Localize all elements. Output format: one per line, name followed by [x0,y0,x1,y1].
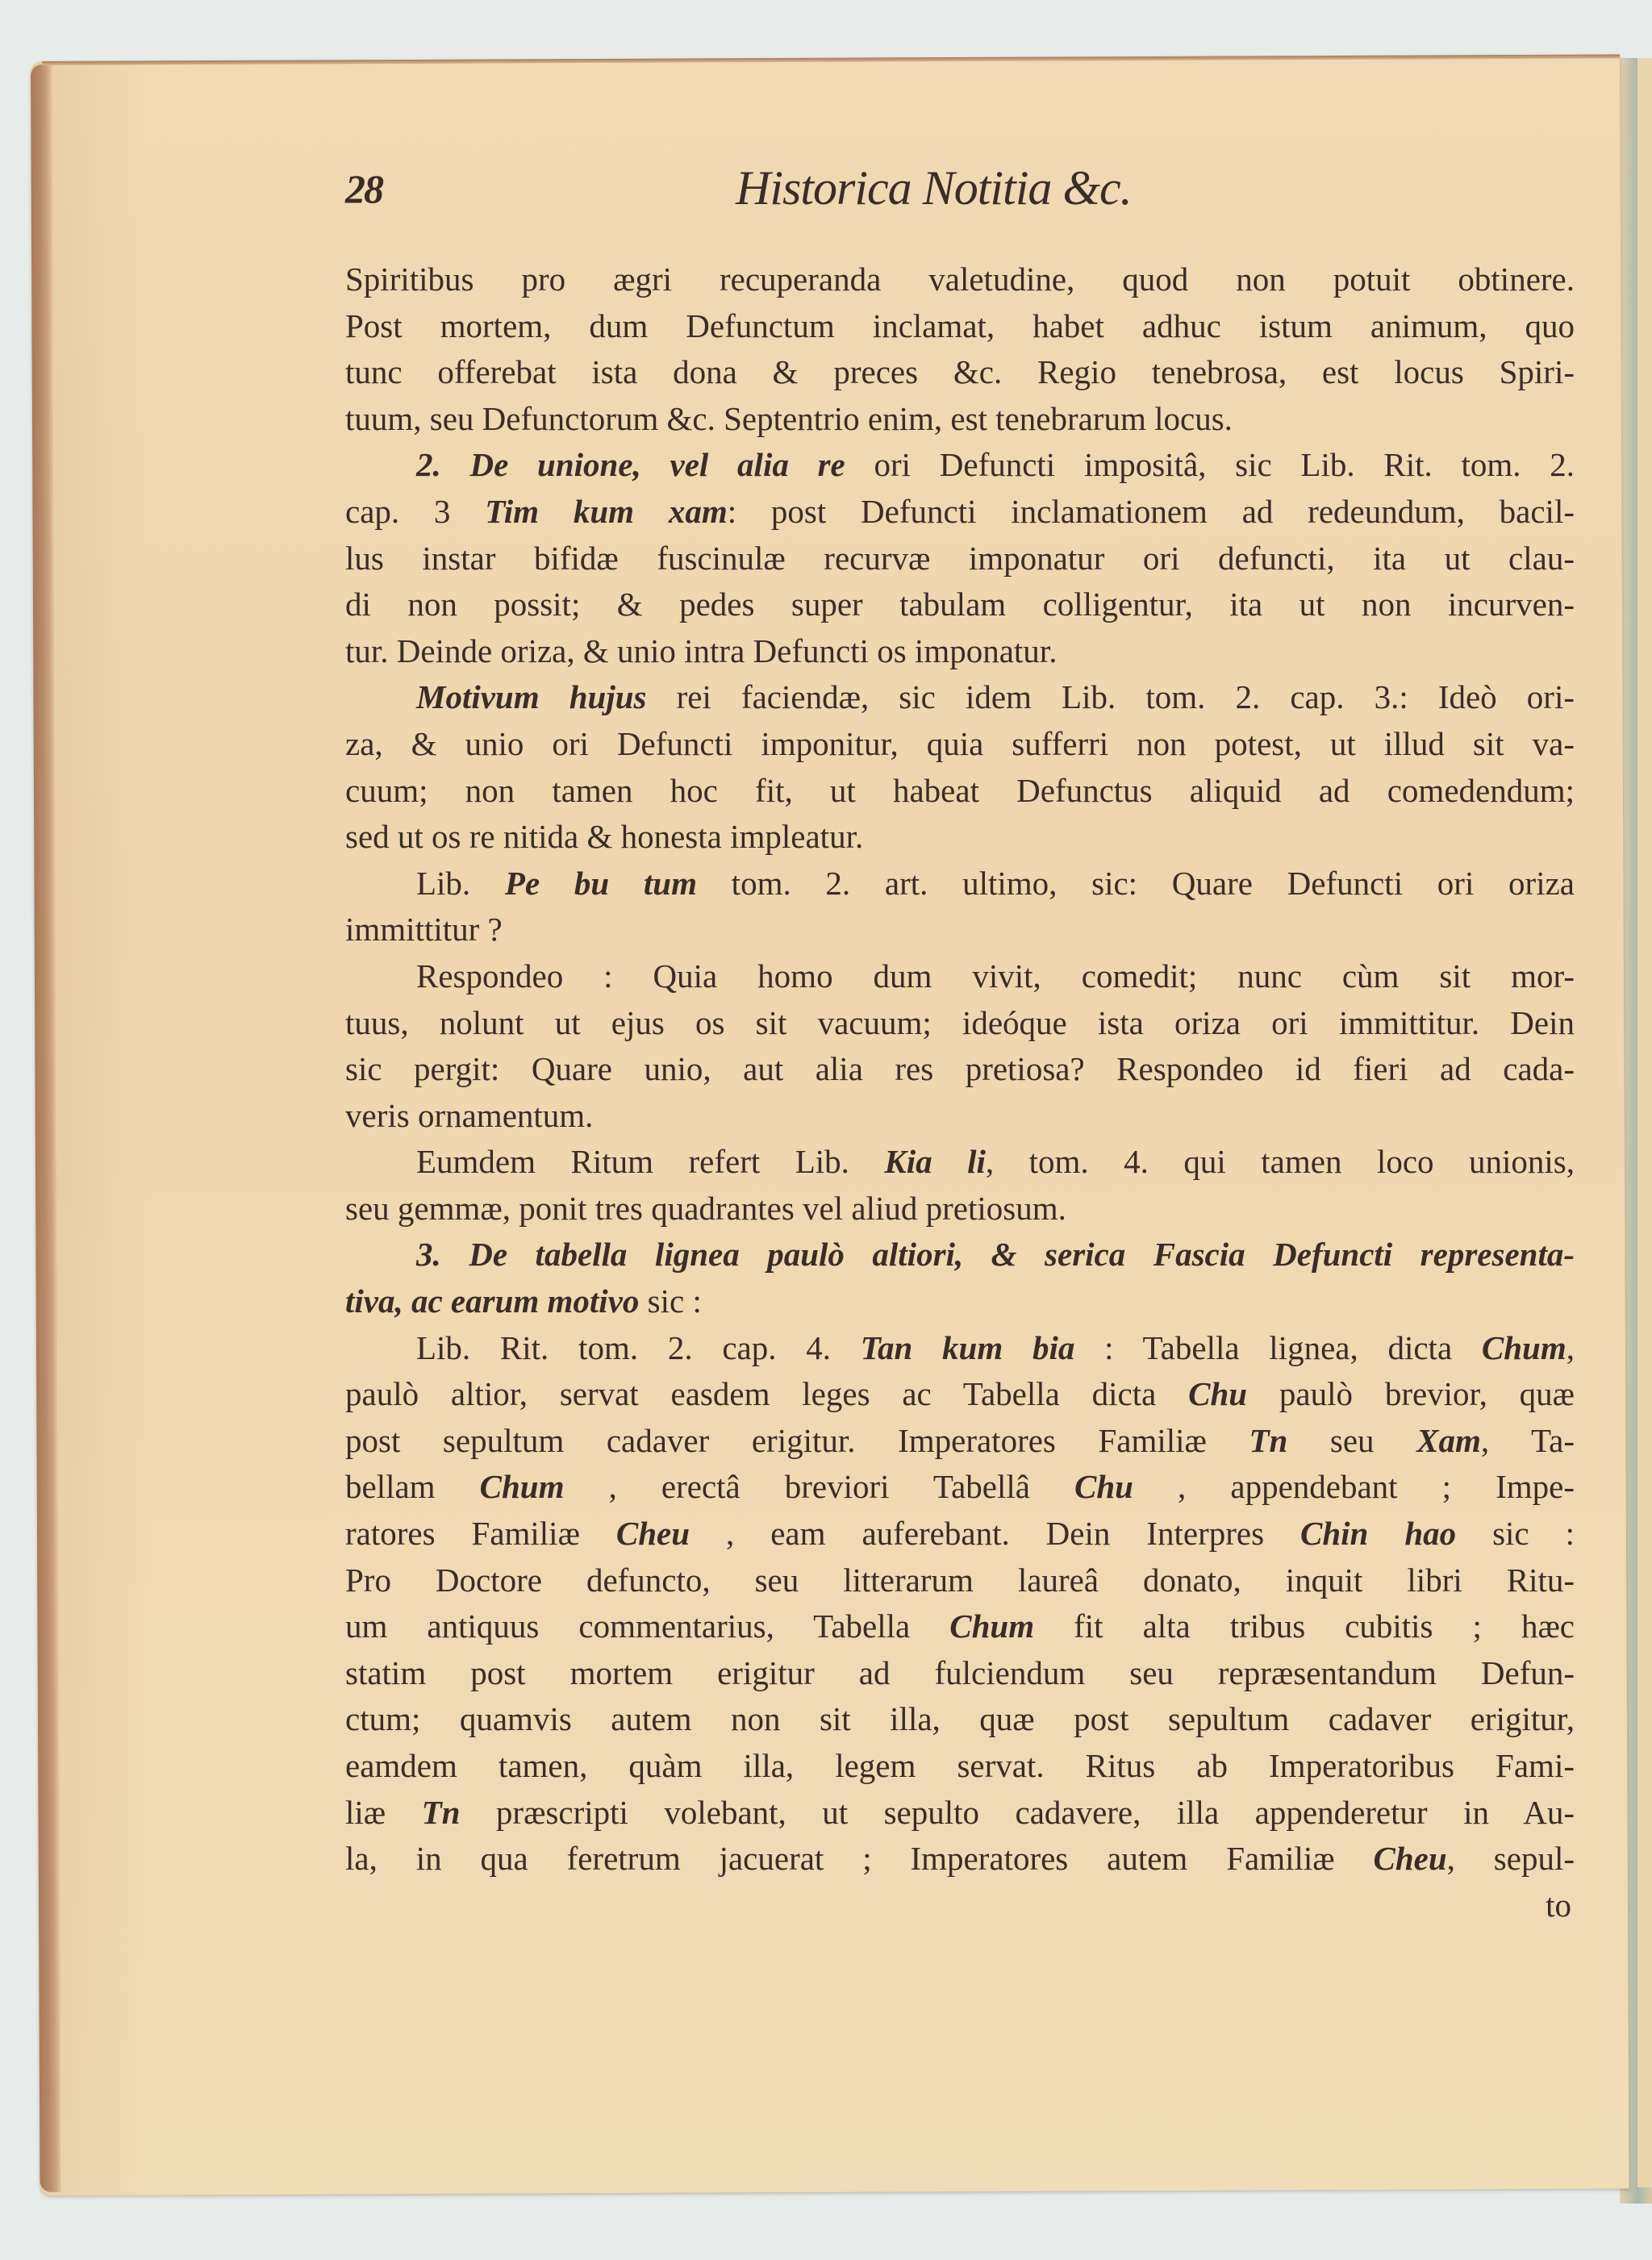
italic-text: Tn [422,1794,461,1831]
italic-text: Chu [1188,1375,1247,1412]
text-run: Lib. Rit. tom. 2. cap. 4. [416,1329,861,1366]
text-run: bellam [345,1468,480,1505]
text-run: immittitur ? [345,911,503,948]
text-line: post sepultum cadaver erigitur. Imperato… [345,1418,1575,1465]
italic-text: Cheu [1374,1840,1447,1877]
text-run: seu gemmæ, ponit tres quadrantes vel ali… [345,1190,1066,1227]
italic-text: Xam [1416,1422,1481,1459]
text-line: za, & unio ori Defuncti imponitur, quia … [345,721,1575,768]
italic-text: Motivum hujus [416,678,647,715]
italic-text: 3. De tabella lignea paulò altiori, & se… [416,1236,1575,1273]
text-line: 3. De tabella lignea paulò altiori, & se… [345,1232,1575,1278]
text-line: 2. De unione, vel alia re ori Defuncti i… [345,442,1575,489]
text-line: lus instar bifidæ fuscinulæ recurvæ impo… [345,536,1575,582]
running-head: 28 Historica Notitia &c. [345,165,1571,222]
italic-text: Chu [1074,1468,1133,1505]
text-run: rei faciendæ, sic idem Lib. tom. 2. cap.… [647,678,1575,715]
text-line: ctum; quamvis autem non sit illa, quæ po… [345,1696,1575,1743]
facing-page-edge [1637,58,1652,2187]
text-line: liæ Tn præscripti volebant, ut sepulto c… [345,1790,1575,1837]
text-run: , tom. 4. qui tamen loco unionis, [986,1143,1575,1180]
text-run: ctum; quamvis autem non sit illa, quæ po… [345,1700,1575,1737]
text-line: sic pergit: Quare unio, aut alia res pre… [345,1046,1575,1093]
italic-text: Tan kum bia [861,1329,1075,1366]
text-line: Lib. Pe bu tum tom. 2. art. ultimo, sic:… [345,861,1575,907]
italic-text: Tim kum xam [485,493,727,530]
text-run: , Ta- [1481,1422,1575,1459]
italic-text: Chum [1482,1329,1566,1366]
italic-text: Kia li [884,1143,986,1180]
text-run: fit alta tribus cubitis ; hæc [1034,1607,1575,1645]
text-line: Post mortem, dum Defunctum inclamat, hab… [345,303,1575,350]
text-line: paulò altior, servat easdem leges ac Tab… [345,1371,1575,1418]
text-line: Respondeo : Quia homo dum vivit, comedit… [345,953,1575,1000]
body-text: Spiritibus pro ægri recuperanda valetudi… [345,256,1575,1929]
text-run: eamdem tamen, quàm illa, legem servat. R… [345,1747,1575,1784]
text-run: Lib. [416,865,505,902]
text-line: Spiritibus pro ægri recuperanda valetudi… [345,256,1575,303]
text-run: sic : [639,1282,701,1320]
text-run: statim post mortem erigitur ad fulciendu… [345,1654,1575,1691]
text-run: tur. Deinde oriza, & unio intra Defuncti… [345,632,1057,669]
italic-text: Tn [1249,1422,1287,1459]
text-run: paulò brevior, quæ [1247,1375,1575,1412]
text-run: Post mortem, dum Defunctum inclamat, hab… [345,307,1575,344]
italic-text: Pe bu tum [505,865,697,902]
page-number: 28 [345,165,382,212]
text-run: sic : [1456,1515,1575,1552]
page-top-edge [42,54,1620,65]
text-line: tur. Deinde oriza, & unio intra Defuncti… [345,628,1575,675]
text-run: tom. 2. art. ultimo, sic: Quare Defuncti… [697,865,1575,902]
text-line: tuus, nolunt ut ejus os sit vacuum; ideó… [345,1000,1575,1047]
italic-text: Chin hao [1300,1515,1456,1552]
text-line: sed ut os re nitida & honesta impleatur. [345,814,1575,861]
text-run: : post Defuncti inclamationem ad redeund… [728,493,1575,530]
text-run: Pro Doctore defuncto, seu litterarum lau… [345,1562,1575,1599]
text-run: sic pergit: Quare unio, aut alia res pre… [345,1050,1575,1087]
text-line: bellam Chum , erectâ breviori Tabellâ Ch… [345,1464,1575,1511]
text-line: ratores Familiæ Cheu , eam auferebant. D… [345,1511,1575,1557]
text-line: di non possit; & pedes super tabulam col… [345,582,1575,628]
text-run: post sepultum cadaver erigitur. Imperato… [345,1422,1249,1459]
text-line: statim post mortem erigitur ad fulciendu… [345,1650,1575,1697]
text-line: Lib. Rit. tom. 2. cap. 4. Tan kum bia : … [345,1325,1575,1372]
italic-text: 2. De unione, vel alia re [416,446,845,483]
text-run: za, & unio ori Defuncti imponitur, quia … [345,725,1575,762]
text-run: , erectâ breviori Tabellâ [564,1468,1074,1505]
text-line: Motivum hujus rei faciendæ, sic idem Lib… [345,674,1575,721]
text-line: immittitur ? [345,907,1575,953]
text-line: seu gemmæ, ponit tres quadrantes vel ali… [345,1186,1575,1232]
text-line: tunc offerebat ista dona & preces &c. Re… [345,349,1575,396]
text-line: cap. 3 Tim kum xam: post Defuncti inclam… [345,489,1575,536]
catchword: to [345,1883,1575,1929]
running-title: Historica Notitia &c. [736,161,1132,216]
text-run: la, in qua feretrum jacuerat ; Imperator… [345,1840,1374,1877]
text-run: tunc offerebat ista dona & preces &c. Re… [345,353,1575,390]
text-run: tuum, seu Defunctorum &c. Septentrio eni… [345,400,1233,437]
text-run: , sepul- [1447,1840,1575,1877]
italic-text: Chum [949,1607,1034,1645]
text-run: Eumdem Ritum refert Lib. [416,1143,884,1180]
text-run: præscripti volebant, ut sepulto cadavere… [460,1794,1575,1831]
text-run: di non possit; & pedes super tabulam col… [345,586,1575,623]
text-run: Spiritibus pro ægri recuperanda valetudi… [345,261,1575,298]
text-line: tiva, ac earum motivo sic : [345,1278,1575,1325]
text-run: seu [1287,1422,1416,1459]
text-run: sed ut os re nitida & honesta impleatur. [345,818,863,855]
text-line: cuum; non tamen hoc fit, ut habeat Defun… [345,768,1575,815]
text-line: tuum, seu Defunctorum &c. Septentrio eni… [345,396,1575,443]
text-run: cap. 3 [345,493,485,530]
text-run: tuus, nolunt ut ejus os sit vacuum; ideó… [345,1004,1575,1041]
text-run: um antiquus commentarius, Tabella [345,1607,949,1645]
text-run: liæ [345,1794,422,1831]
text-run: Respondeo : Quia homo dum vivit, comedit… [416,957,1575,994]
text-run: ratores Familiæ [345,1515,616,1552]
italic-text: Chum [480,1468,565,1505]
italic-text: tiva, ac earum motivo [345,1282,639,1320]
text-line: um antiquus commentarius, Tabella Chum f… [345,1603,1575,1650]
text-line: la, in qua feretrum jacuerat ; Imperator… [345,1836,1575,1883]
text-run: ori Defuncti impositâ, sic Lib. Rit. tom… [845,446,1575,483]
page-stack-edge [31,65,61,2192]
italic-text: Cheu [616,1515,690,1552]
text-run: cuum; non tamen hoc fit, ut habeat Defun… [345,772,1575,809]
text-line: eamdem tamen, quàm illa, legem servat. R… [345,1743,1575,1790]
text-line: Pro Doctore defuncto, seu litterarum lau… [345,1557,1575,1604]
text-line: veris ornamentum. [345,1093,1575,1140]
text-run: , eam auferebant. Dein Interpres [690,1515,1300,1552]
text-run: , [1566,1329,1575,1366]
text-run: paulò altior, servat easdem leges ac Tab… [345,1375,1188,1412]
text-run: , appendebant ; Impe- [1133,1468,1575,1505]
text-run: veris ornamentum. [345,1097,593,1134]
text-run: : Tabella lignea, dicta [1074,1329,1482,1366]
text-line: Eumdem Ritum refert Lib. Kia li, tom. 4.… [345,1139,1575,1186]
text-run: lus instar bifidæ fuscinulæ recurvæ impo… [345,540,1575,577]
